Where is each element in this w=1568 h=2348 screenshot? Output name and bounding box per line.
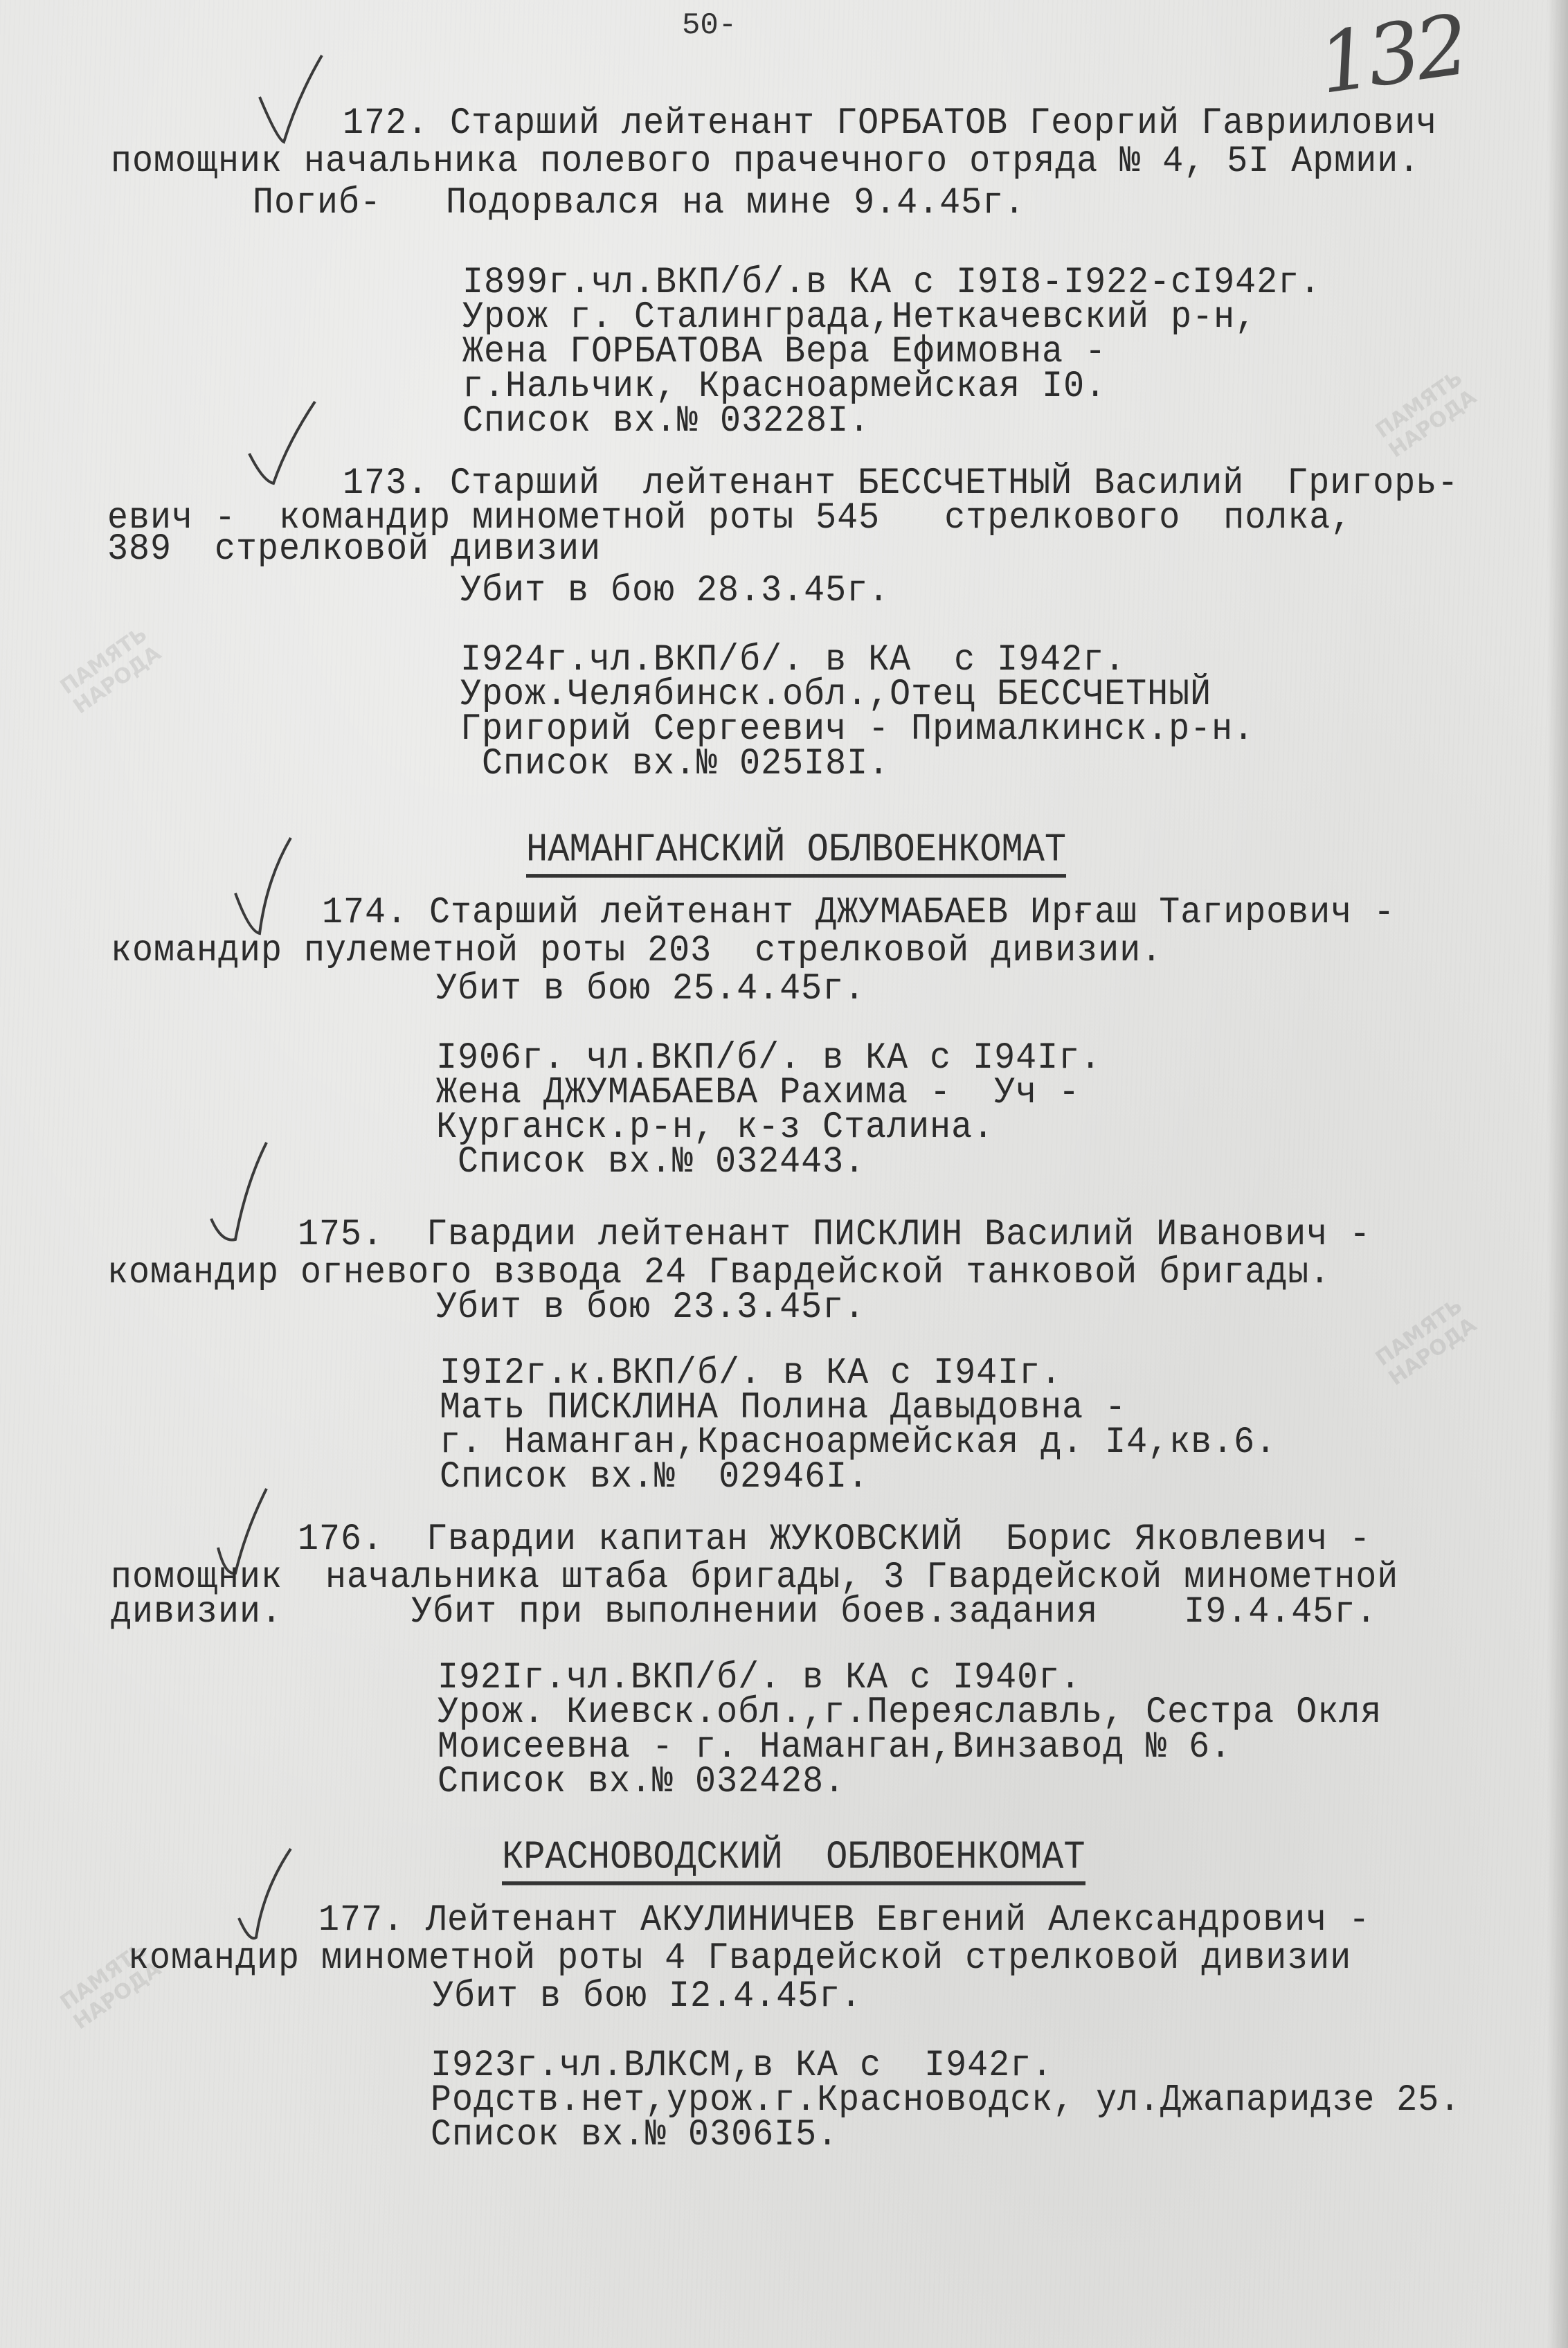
entry-detail-line: Список вх.№ 025I8I. [460,744,890,785]
checkmark-icon [208,1142,270,1246]
entry-text-line: дивизии. Убит при выполнении боев.задани… [111,1593,1377,1633]
checkmark-icon [256,55,332,145]
entry-text-line: Убит в бою 25.4.45г. [436,969,865,1010]
entry-header-line: 177. Лейтенант АКУЛИНИЧЕВ Евгений Алекса… [318,1901,1370,1941]
entry-detail-line: Список вх.№ 032428. [438,1762,845,1802]
entry-text-line: командир минометной роты 4 Гвардейской с… [128,1939,1351,1979]
entry-header-line: 174. Старший лейтенант ДЖУМАБАЕВ Ирғаш Т… [322,893,1395,933]
entry-header-line: 175. Гвардии лейтенант ПИСКЛИН Василий И… [298,1215,1371,1255]
entry-text-line: Убит в бою I2.4.45г. [433,1977,862,2017]
handwritten-folio-number: 132 [1313,0,1470,113]
entry-text-line: Убит в бою 28.3.45г. [460,571,890,611]
entry-detail-line: Список вх.№ 02946I. [440,1458,869,1498]
entry-text-line: Погиб- Подорвался на мине 9.4.45г. [253,183,1025,224]
checkmark-icon [235,1849,298,1946]
entry-header-line: 172. Старший лейтенант ГОРБАТОВ Георгий … [343,104,1437,144]
entry-detail-line: Список вх.№ 03228I. [462,402,870,442]
entry-text-line: Убит в бою 23.3.45г. [436,1288,865,1328]
entry-detail-line: Список вх.№ 0306I5. [431,2115,838,2156]
section-heading: НАМАНГАНСКИЙ ОБЛВОЕНКОМАТ [526,827,1066,878]
typed-page-number: 50- [682,8,737,43]
entry-text-line: 389 стрелковой дивизии [107,530,601,570]
checkmark-icon [232,838,294,935]
section-heading: КРАСНОВОДСКИЙ ОБЛВОЕНКОМАТ [502,1835,1085,1885]
entry-detail-line: Список вх.№ 032443. [436,1142,865,1183]
watermark: ПАМЯТЬ НАРОДА [49,618,193,753]
entry-header-line: 176. Гвардии капитан ЖУКОВСКИЙ Борис Яко… [298,1520,1371,1560]
watermark: ПАМЯТЬ НАРОДА [1364,1289,1508,1425]
entry-text-line: помощник начальника полевого прачечного … [111,142,1420,182]
entry-text-line: командир пулеметной роты 203 стрелковой … [111,931,1162,971]
page-edge-shadow [1547,0,1568,2348]
checkmark-icon [246,402,322,485]
